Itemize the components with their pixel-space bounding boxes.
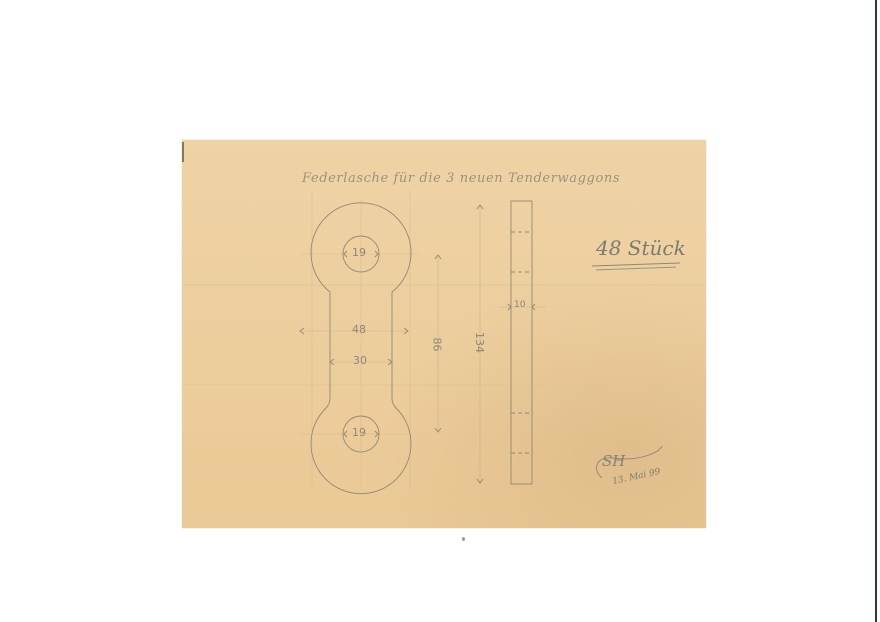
quantity-note: 48 Stück [596, 236, 686, 260]
dim-bottom-hole: 19 [352, 426, 366, 439]
dim-shank-width: 30 [353, 354, 367, 367]
technical-drawing [0, 0, 880, 622]
dim-center-distance: 86 [431, 338, 444, 352]
scan-dust-mark [462, 537, 465, 541]
signature-initials: SH [602, 452, 625, 470]
dim-thickness: 10 [514, 300, 525, 310]
dim-overall-length: 134 [473, 332, 486, 353]
side-view [511, 201, 532, 484]
dim-top-hole: 19 [352, 246, 366, 259]
dim-outer-width: 48 [352, 323, 366, 336]
